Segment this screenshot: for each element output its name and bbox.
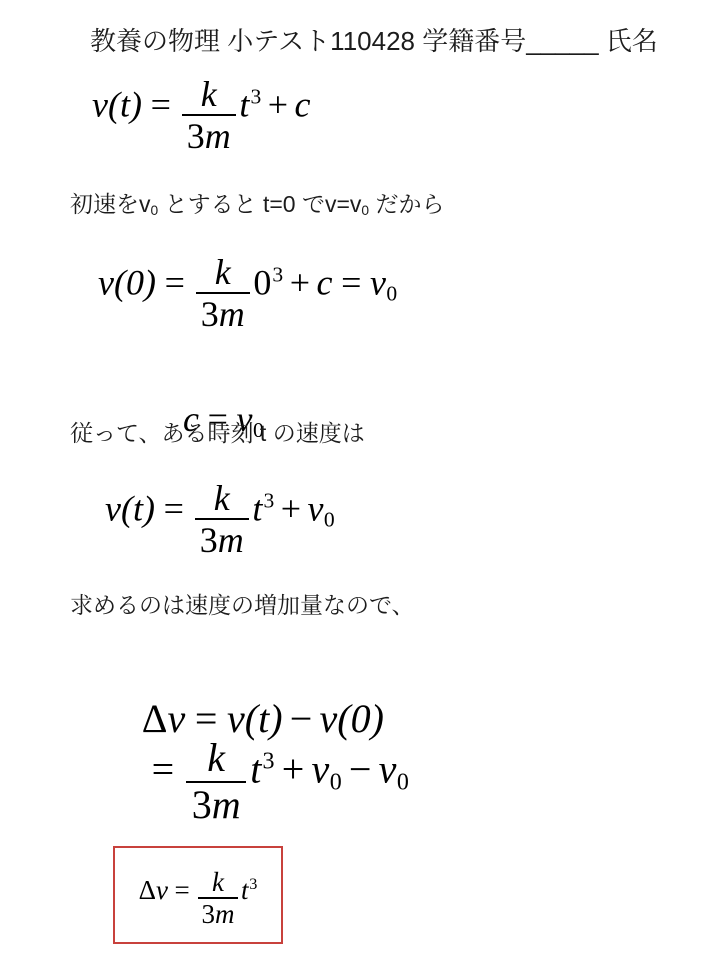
variable-v: v: [379, 747, 397, 792]
find-increase-text: 求めるのは速度の増加量なので、: [70, 591, 415, 620]
coefficient-3: 3: [202, 899, 216, 929]
variable-v: v: [156, 875, 168, 905]
variable-t: t: [241, 875, 249, 905]
fraction-denominator: 3m: [182, 114, 236, 156]
equation-lhs: v(t)=: [105, 489, 193, 529]
subscript-zero: 0: [330, 769, 342, 795]
variable-v: v: [311, 747, 329, 792]
variable-vt: v(t): [92, 85, 142, 125]
variable-t: t: [252, 489, 262, 529]
quiz-solution-page: 教養の物理 小テスト110428 学籍番号_____ 氏名 v(t)= k 3m…: [0, 0, 720, 960]
variable-m: m: [219, 294, 245, 334]
equation-delta-result: Δv= k 3m t3: [139, 867, 258, 929]
fraction-numerator: k: [209, 478, 235, 518]
equation-rhs: t3+v0−v0: [250, 748, 409, 793]
constant-c: c: [316, 263, 332, 303]
equation-general-velocity: v(t)= k 3m t3+c: [92, 74, 310, 157]
text-segment: 求めるのは速度の増加量なので、: [70, 592, 415, 618]
subscript-zero: 0: [386, 281, 397, 305]
page-title: 教養の物理 小テスト110428 学籍番号_____ 氏名: [90, 25, 658, 58]
equation-rhs: t3+v0: [252, 489, 334, 529]
equation-lhs: v(t)=: [92, 85, 180, 125]
subscript-zero: 0: [324, 507, 335, 531]
fraction-k-3m: k 3m: [186, 736, 246, 828]
fraction-numerator: k: [202, 736, 231, 781]
equals-sign: =: [152, 747, 175, 792]
fraction-k-3m: k 3m: [195, 478, 249, 561]
variable-vt: v(t): [105, 489, 155, 529]
power-superscript: 3: [263, 488, 274, 512]
fraction-numerator: k: [196, 74, 222, 114]
fraction-denominator: 3m: [196, 292, 250, 334]
equation-lhs: Δv=: [139, 875, 197, 905]
subscript-zero: 0: [361, 203, 369, 218]
variable-v: v: [307, 489, 323, 529]
equation-rhs: t3+c: [239, 85, 310, 125]
fraction-k-3m: k 3m: [198, 867, 239, 929]
equation-velocity-at-t: v(t)= k 3m t3+v0: [105, 478, 335, 561]
equals-sign: =: [174, 875, 189, 905]
therefore-text: 従って、ある時刻 t の速度は: [70, 419, 365, 448]
variable-m: m: [212, 783, 241, 828]
equals-sign: =: [164, 489, 184, 529]
variable-m: m: [205, 116, 231, 156]
equals-sign: =: [341, 263, 361, 303]
variable-v: v: [168, 696, 186, 741]
subscript-zero: 0: [397, 769, 409, 795]
text-segment: とすると t=0 でv=v: [158, 191, 361, 217]
coefficient-3: 3: [187, 116, 205, 156]
power-superscript: 3: [263, 748, 275, 774]
variable-v0-of-0: v(0): [320, 696, 384, 741]
coefficient-3: 3: [201, 294, 219, 334]
minus-sign: −: [349, 747, 372, 792]
title-text: 教養の物理 小テスト110428 学籍番号_____ 氏名: [90, 26, 658, 56]
delta-symbol: Δ: [142, 696, 168, 741]
power-superscript: 3: [272, 262, 283, 286]
variable-v: v: [139, 191, 151, 217]
text-segment: だから: [369, 191, 444, 217]
equation-rhs: 03+c=v0: [253, 263, 397, 303]
plus-sign: +: [290, 263, 310, 303]
fraction-k-3m: k 3m: [196, 252, 250, 335]
plus-sign: +: [281, 489, 301, 529]
text-segment: 従って、ある時刻 t の速度は: [70, 420, 365, 446]
variable-t: t: [239, 85, 249, 125]
variable-vt: v(t): [227, 696, 283, 741]
equation-rhs: t3: [241, 875, 257, 905]
fraction-numerator: k: [210, 252, 236, 292]
fraction-denominator: 3m: [198, 897, 239, 929]
delta-symbol: Δ: [139, 875, 156, 905]
initial-condition-text: 初速をv0 とすると t=0 でv=v0 だから: [70, 190, 444, 219]
equation-delta-expanded: = k 3m t3+v0−v0: [142, 736, 409, 828]
fraction-numerator: k: [208, 867, 228, 897]
fraction-k-3m: k 3m: [182, 74, 236, 157]
equals-sign: =: [165, 263, 185, 303]
coefficient-3: 3: [200, 520, 218, 560]
subscript-zero: 0: [151, 203, 159, 218]
equation-lhs: v(0)=: [98, 263, 194, 303]
equals-sign: =: [151, 85, 171, 125]
fraction-denominator: 3m: [186, 781, 246, 828]
zero-base: 0: [253, 263, 271, 303]
equation-lhs: =: [142, 748, 184, 793]
variable-v0-of-0: v(0): [98, 263, 156, 303]
constant-c: c: [294, 85, 310, 125]
minus-sign: −: [290, 696, 313, 741]
text-segment: 初速を: [70, 191, 139, 217]
plus-sign: +: [282, 747, 305, 792]
variable-m: m: [218, 520, 244, 560]
plus-sign: +: [268, 85, 288, 125]
variable-v: v: [370, 263, 386, 303]
power-superscript: 3: [249, 875, 257, 893]
equation-initial-condition: v(0)= k 3m 03+c=v0: [98, 252, 397, 335]
power-superscript: 3: [250, 84, 261, 108]
fraction-denominator: 3m: [195, 518, 249, 560]
answer-highlight-box: Δv= k 3m t3: [113, 846, 283, 944]
variable-t: t: [250, 747, 261, 792]
coefficient-3: 3: [192, 783, 212, 828]
variable-m: m: [215, 899, 235, 929]
